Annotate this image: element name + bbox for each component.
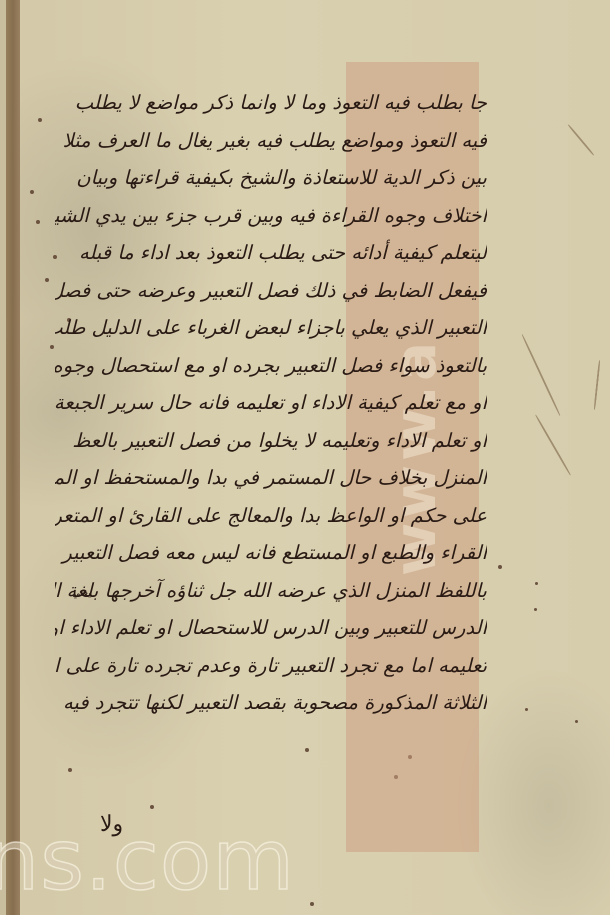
text-line: تعليمه اما مع تجرد التعبير تارة وعدم تجر… <box>55 647 487 685</box>
ink-spot <box>305 748 309 752</box>
ink-spot <box>310 902 314 906</box>
ink-spot <box>68 768 72 772</box>
margin-annotation: يعني <box>72 588 91 599</box>
text-line: فيه التعوذ ومواضع يطلب فيه بغير يغال ما … <box>55 122 487 160</box>
ink-spot <box>45 278 49 282</box>
ink-spot <box>38 118 42 122</box>
watermark-bottom: ns.com <box>0 818 295 902</box>
text-line: او تعلم الاداء وتعليمه لا يخلوا من فصل ا… <box>55 422 487 460</box>
ink-spot <box>525 708 528 711</box>
ink-spot <box>498 565 502 569</box>
text-line: جا بطلب فيه التعوذ وما لا وانما ذكر مواض… <box>55 84 487 122</box>
text-line: باللفظ المنزل الذي عرضه الله جل ثناؤه آخ… <box>55 572 487 610</box>
ink-spot <box>575 720 578 723</box>
text-line: ليتعلم كيفية أدائه حتى يطلب التعوذ بعد ا… <box>55 234 487 272</box>
text-line: القراء والطبع او المستطع فانه ليس معه فص… <box>55 534 487 572</box>
text-line: التعبير الذي يعلي باجزاء لبعض الغرباء عل… <box>55 309 487 347</box>
text-line: فيفعل الضابط في ذلك فصل التعبير وعرضه حت… <box>55 272 487 310</box>
ink-spot <box>36 220 40 224</box>
text-line: الثلاثة المذكورة مصحوبة بقصد التعبير لكن… <box>55 684 487 722</box>
text-line: على حكم او الواعظ بدا والمعالج على القار… <box>55 497 487 535</box>
ink-spot <box>534 608 537 611</box>
text-line: اختلاف وجوه القراءة فيه وبين قرب جزء بين… <box>55 197 487 235</box>
ink-spot <box>150 805 154 809</box>
text-line: المنزل بخلاف حال المستمر في بدا والمستحف… <box>55 459 487 497</box>
binding-spine <box>6 0 20 915</box>
ink-spot <box>535 582 538 585</box>
ink-spot <box>30 190 34 194</box>
text-line: بين ذكر الدية للاستعاذة والشيخ بكيفية قر… <box>55 159 487 197</box>
text-line: او مع تعلم كيفية الاداء او تعليمه فانه ح… <box>55 384 487 422</box>
text-line: بالتعوذ سواء فصل التعبير بجرده او مع است… <box>55 347 487 385</box>
ink-spot <box>50 345 54 349</box>
text-line: الدرس للتعبير وبين الدرس للاستحصال او تع… <box>55 609 487 647</box>
manuscript-text: جا بطلب فيه التعوذ وما لا وانما ذكر مواض… <box>55 84 487 722</box>
